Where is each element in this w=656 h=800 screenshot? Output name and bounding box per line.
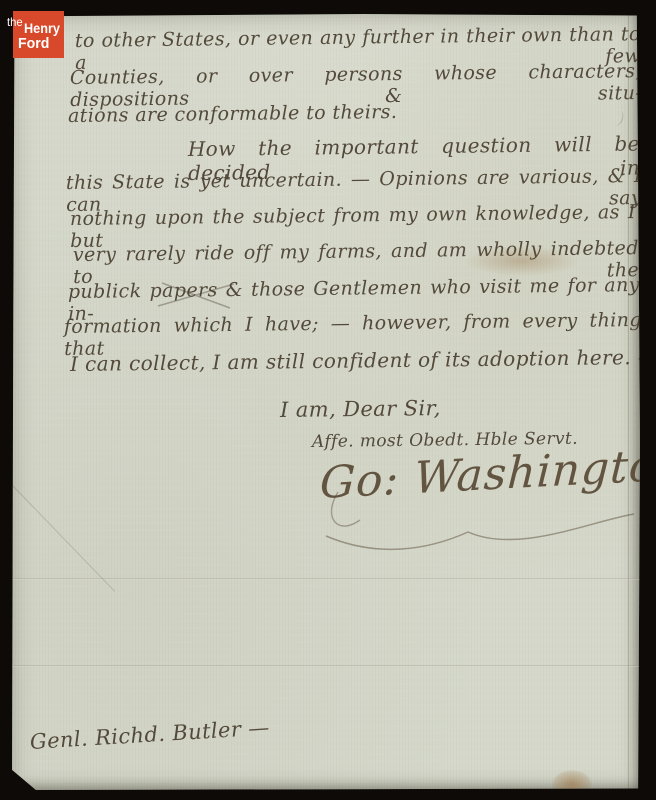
paper-crease	[3, 476, 115, 592]
paper-stain	[552, 770, 592, 798]
henry-ford-logo: the Henry Ford	[13, 11, 64, 58]
ink-smudge	[464, 246, 580, 276]
paper-fold-line	[12, 578, 640, 580]
closing-salutation: I am, Dear Sir,	[280, 396, 441, 422]
paper-edge-crease	[628, 14, 629, 790]
paper-mark	[610, 109, 626, 128]
logo-text-the: the	[7, 16, 23, 28]
letter-line: ations are conformable to theirs.	[68, 101, 398, 127]
logo-text-henry: Henry	[24, 22, 60, 36]
logo-text-ford: Ford	[18, 36, 49, 51]
docket-recipient: Genl. Richd. Butler —	[29, 715, 270, 754]
paper-fold-line	[12, 665, 640, 667]
letter-page: to other States, or even any further in …	[12, 14, 640, 790]
